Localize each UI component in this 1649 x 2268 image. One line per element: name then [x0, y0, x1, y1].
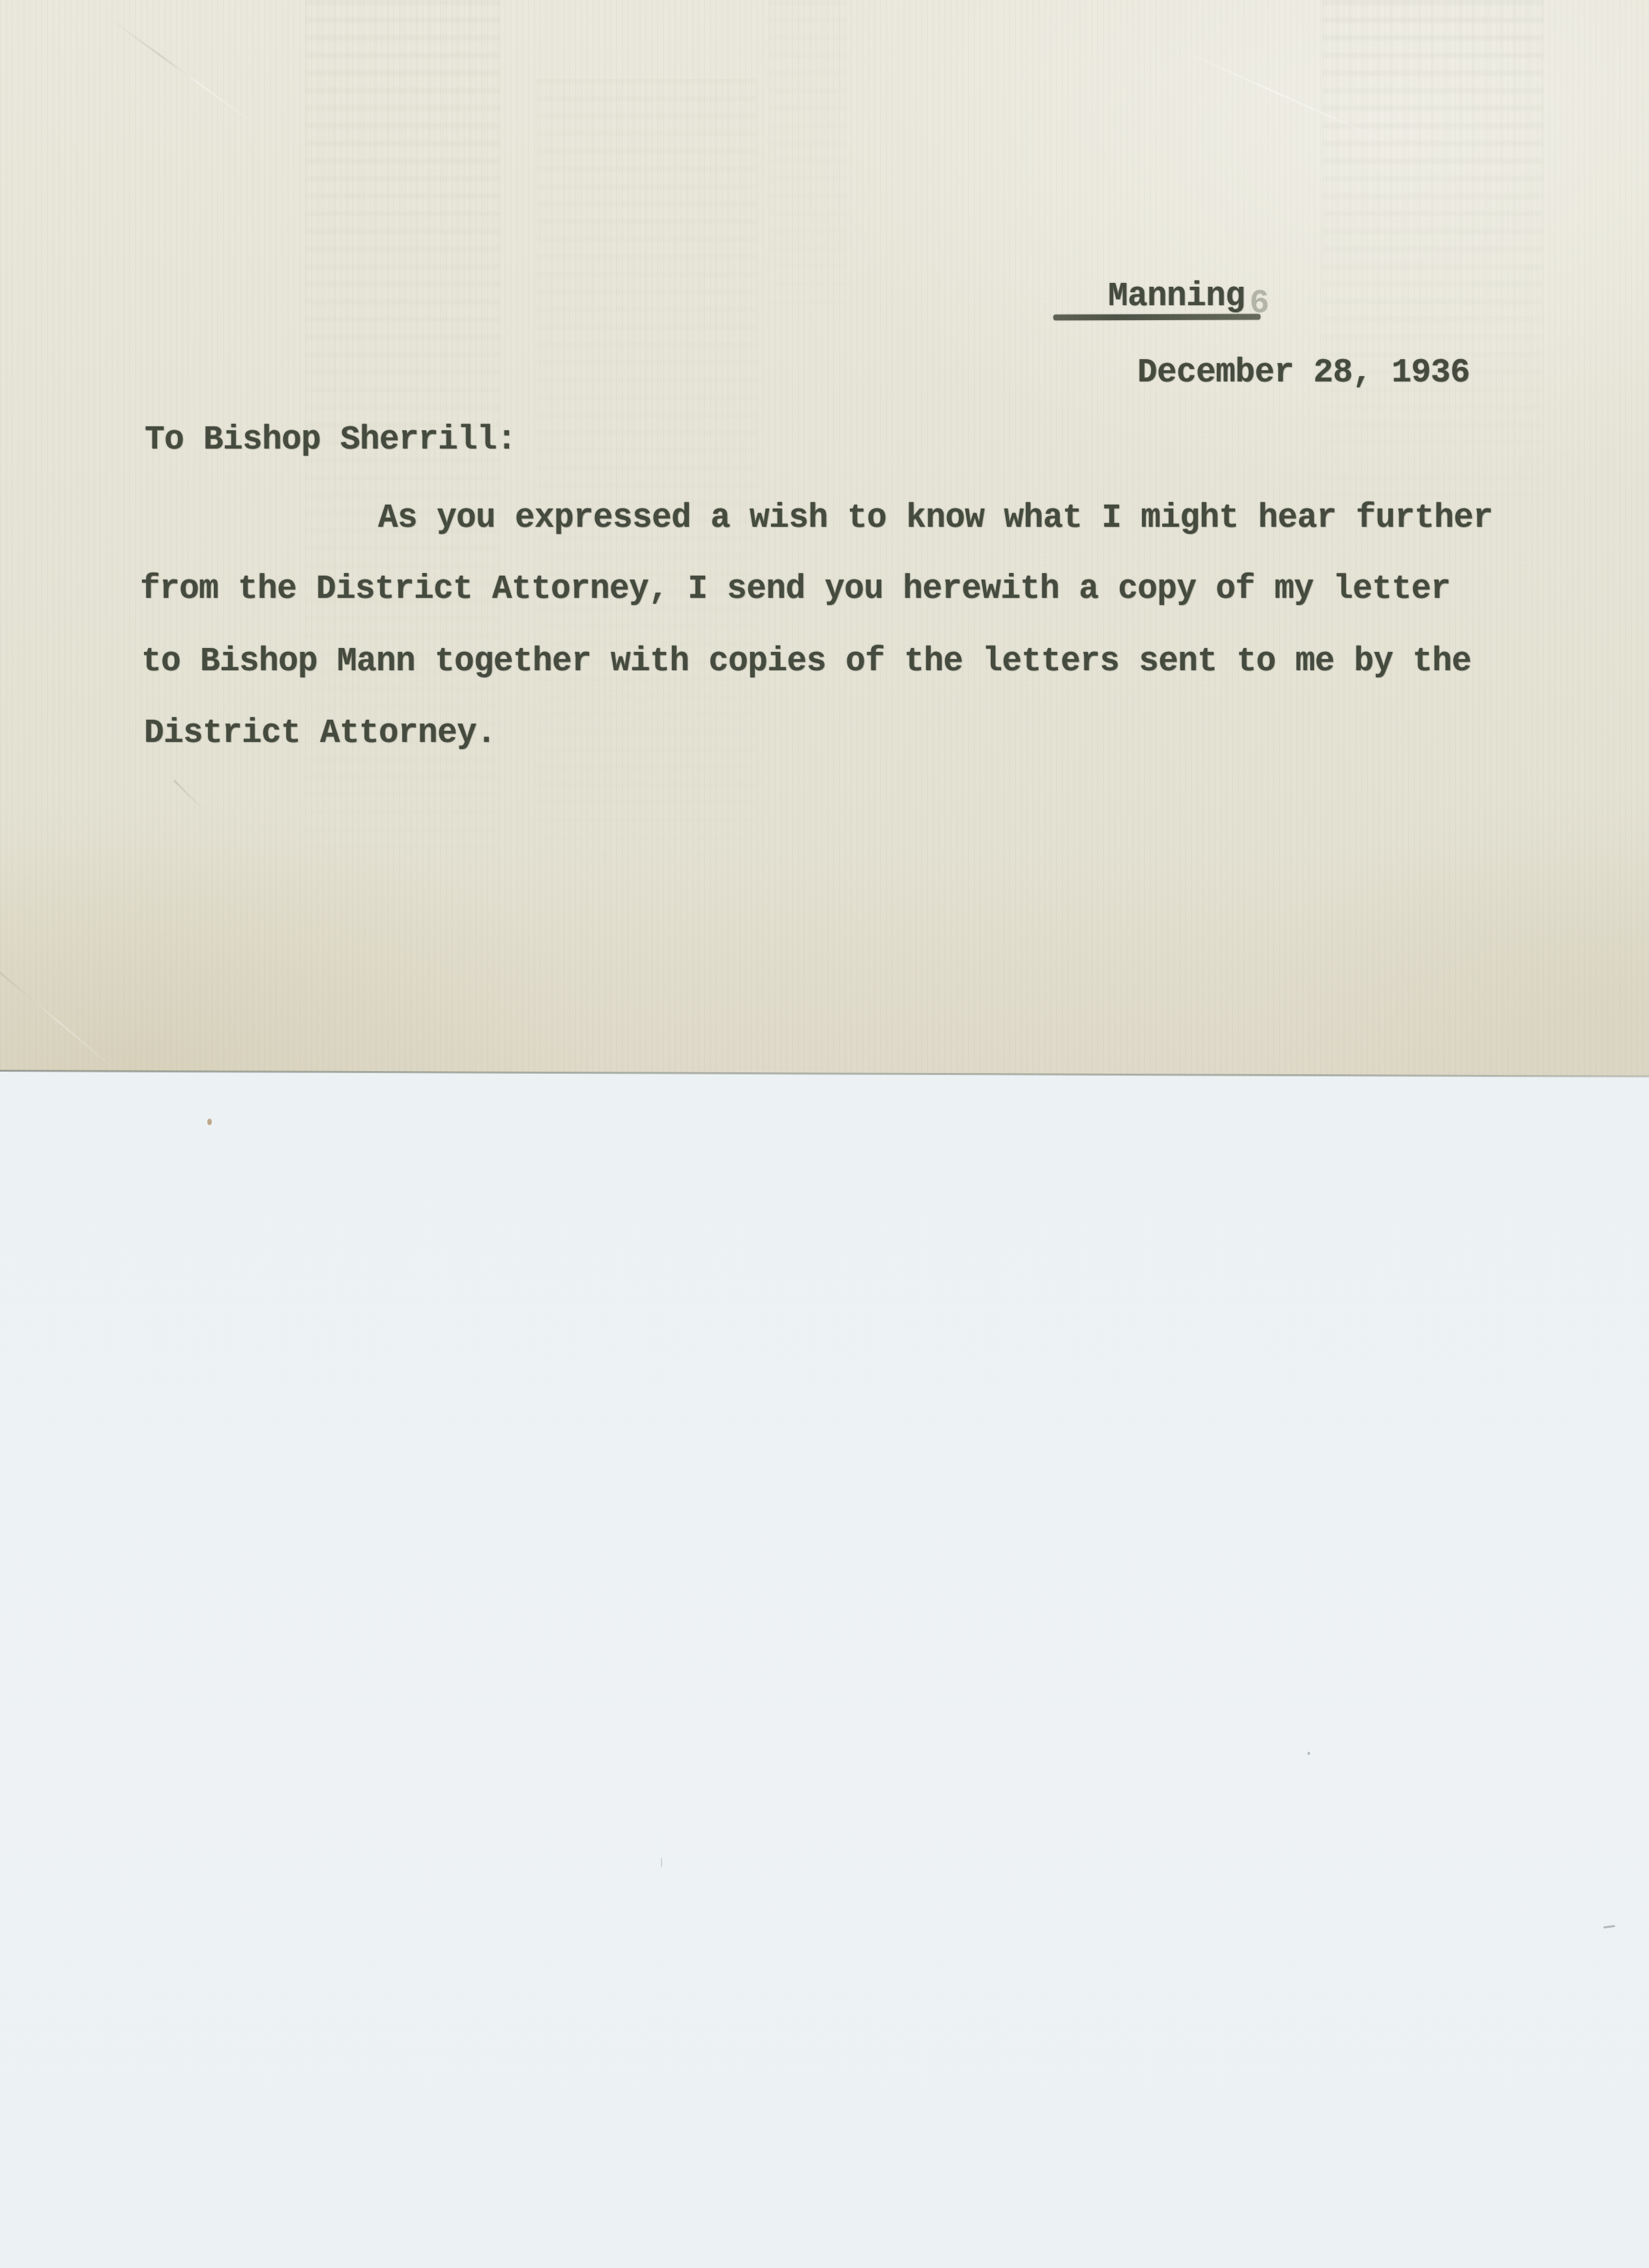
paper-speck: [1307, 1752, 1310, 1755]
scanned-letter-page: Manning 6 December 28, 1936 To Bishop Sh…: [0, 0, 1649, 2268]
heading-underline: [1053, 314, 1261, 320]
date-line: December 28, 1936: [1137, 357, 1470, 390]
paper-speck: [207, 1119, 212, 1125]
paper-crease: [109, 18, 258, 127]
heading-manning: Manning: [1108, 280, 1245, 314]
body-line: from the District Attorney, I send you h…: [140, 573, 1450, 606]
ink-bleedthrough-texture: [769, 0, 847, 391]
body-line: As you expressed a wish to know what I m…: [378, 502, 1493, 535]
body-line: District Attorney.: [144, 717, 496, 750]
salutation-line: To Bishop Sherrill:: [145, 424, 516, 457]
paper-crease: [0, 965, 117, 1071]
body-line: to Bishop Mann together with copies of t…: [141, 645, 1471, 679]
ink-bleedthrough-texture: [305, 0, 501, 965]
paper-speck: [1603, 1925, 1615, 1928]
paper-crease: [173, 780, 204, 810]
paper-speck: [661, 1858, 662, 1867]
letter-paper: Manning 6 December 28, 1936 To Bishop Sh…: [0, 0, 1649, 1082]
ink-bleedthrough-texture: [1322, 0, 1543, 541]
